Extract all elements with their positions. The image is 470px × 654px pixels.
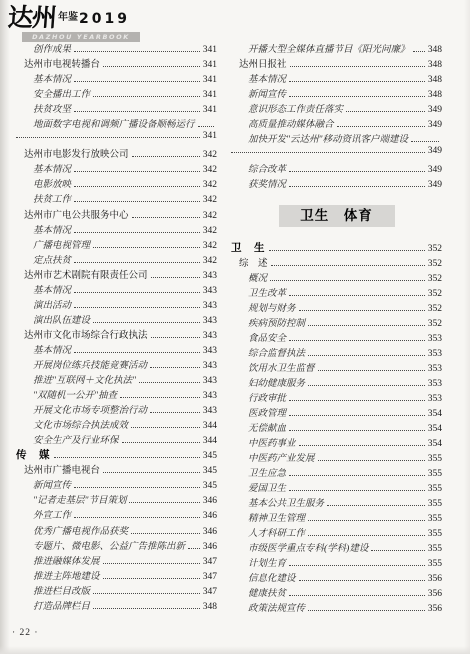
toc-entry: 概况352 <box>231 270 442 285</box>
entry-page-number: 355 <box>428 469 442 479</box>
dot-leader <box>131 427 200 428</box>
dot-leader <box>74 517 200 518</box>
entry-title: 基本情况 <box>33 222 71 236</box>
dot-leader <box>289 96 425 97</box>
toc-entry: 综合监督执法353 <box>231 345 442 360</box>
page-number: · 22 · <box>12 628 39 638</box>
entry-page-number: 355 <box>428 544 442 554</box>
dot-leader <box>346 111 425 112</box>
toc-entry: 基本情况343 <box>16 342 217 357</box>
entry-title: 基本情况 <box>33 71 71 85</box>
toc-entry: 传 媒345 <box>16 447 217 462</box>
toc-entry: 达州市文化市场综合行政执法343 <box>16 327 217 342</box>
entry-page-number: 342 <box>203 150 217 160</box>
section-divider-health-sports: 卫生 体育 <box>279 205 395 227</box>
entry-page-number: 342 <box>203 226 217 236</box>
dot-leader <box>188 548 200 549</box>
dot-leader <box>93 247 200 248</box>
entry-page-number: 355 <box>428 529 442 539</box>
toc-entry: 获奖情况349 <box>231 176 442 191</box>
toc-entry: 创作成果341 <box>16 41 217 56</box>
logo-chinese-title: 达州 <box>7 5 57 30</box>
entry-title: 打造品牌栏目 <box>33 598 90 612</box>
entry-page-number: 348 <box>428 45 442 55</box>
entry-page-number: 344 <box>203 436 217 446</box>
toc-entry: 基本情况342 <box>16 161 217 176</box>
toc-entry: 地面数字电视和调频广播设备顺畅运行 <box>16 116 217 131</box>
toc-entry: 人才科研工作355 <box>231 525 442 540</box>
entry-page-number: 342 <box>203 256 217 266</box>
entry-page-number: 354 <box>428 439 442 449</box>
entry-page-number: 355 <box>428 454 442 464</box>
entry-page-number: 347 <box>203 557 217 567</box>
toc-entry: 推进融媒体发展347 <box>16 553 217 568</box>
entry-page-number: 353 <box>428 334 442 344</box>
entry-page-number: 341 <box>203 105 217 115</box>
toc-entry: 达州市广电公共服务中心342 <box>16 207 217 222</box>
dot-leader <box>289 400 425 401</box>
dot-leader <box>299 580 425 581</box>
dot-leader <box>139 382 200 383</box>
toc-entry: 规划与财务352 <box>231 300 442 315</box>
toc-entry: 饮用水卫生监督353 <box>231 360 442 375</box>
entry-title: 加快开发"云达州"移动资讯客户端建设 <box>248 131 408 145</box>
toc-entry: 计划生育355 <box>231 555 442 570</box>
entry-title: 意识形态工作责任落实 <box>248 101 343 115</box>
entry-title: 安全生产及行业环保 <box>33 432 119 446</box>
toc-entry: 推进栏目改版347 <box>16 583 217 598</box>
toc-entry: 健康扶贫356 <box>231 585 442 600</box>
toc-entry: 新闻宣传348 <box>231 86 442 101</box>
dot-leader <box>16 137 200 138</box>
dot-leader <box>74 51 200 52</box>
entry-title: 饮用水卫生监督 <box>248 360 315 374</box>
entry-page-number: 343 <box>203 361 217 371</box>
entry-page-number: 349 <box>428 165 442 175</box>
toc-entry: 341 <box>16 131 217 146</box>
toc-entry: 达州市广播电视台345 <box>16 462 217 477</box>
entry-page-number: 348 <box>428 90 442 100</box>
dot-leader <box>93 322 200 323</box>
entry-title: "记者走基层"节目策划 <box>33 492 126 506</box>
dot-leader <box>308 520 425 521</box>
entry-page-number: 343 <box>203 346 217 356</box>
entry-page-number: 341 <box>203 131 217 141</box>
entry-title: 定点扶贫 <box>33 252 71 266</box>
dot-leader <box>371 550 424 551</box>
entry-page-number: 345 <box>203 466 217 476</box>
toc-entry: 开展岗位练兵技能竞赛活动343 <box>16 357 217 372</box>
entry-page-number: 347 <box>203 587 217 597</box>
entry-page-number: 352 <box>428 289 442 299</box>
entry-title: 疾病预防控制 <box>248 315 305 329</box>
dot-leader <box>151 337 200 338</box>
entry-page-number: 349 <box>428 105 442 115</box>
toc-entry: 定点扶贫342 <box>16 252 217 267</box>
entry-title: 传 媒 <box>16 447 51 462</box>
toc-entry: 精神卫生管理355 <box>231 510 442 525</box>
entry-page-number: 349 <box>428 146 442 156</box>
dot-leader <box>198 126 214 127</box>
entry-title: 卫生改革 <box>248 285 286 299</box>
entry-title: 开播大型全媒体直播节目《阳光问廉》 <box>248 41 410 55</box>
entry-title: 开展文化市场专项整治行动 <box>33 402 147 416</box>
toc-entry: 综合改革349 <box>231 161 442 176</box>
entry-title: 推进"互联网＋文化执法" <box>33 372 136 386</box>
entry-title: 高质量推动媒体融合 <box>248 116 334 130</box>
dot-leader <box>93 96 200 97</box>
entry-page-number: 343 <box>203 376 217 386</box>
dot-leader <box>93 608 200 609</box>
entry-page-number: 342 <box>203 195 217 205</box>
entry-page-number: 342 <box>203 165 217 175</box>
dot-leader <box>93 593 200 594</box>
scan-edge-bottom <box>0 646 470 654</box>
dot-leader <box>103 472 200 473</box>
entry-title: 获奖情况 <box>248 176 286 190</box>
entry-title: 中医药产业发展 <box>248 450 315 464</box>
dot-leader <box>74 487 200 488</box>
entry-page-number: 343 <box>203 316 217 326</box>
toc-entry: 达州日报社348 <box>231 56 442 71</box>
dot-leader <box>289 295 425 296</box>
entry-title: "双随机一公开"抽查 <box>33 387 117 401</box>
entry-page-number: 345 <box>203 451 217 461</box>
entry-title: 计划生育 <box>248 555 286 569</box>
toc-entry: "双随机一公开"抽查343 <box>16 387 217 402</box>
toc-entry: 加快开发"云达州"移动资讯客户端建设 <box>231 131 442 146</box>
toc-entry: 中医药事业354 <box>231 435 442 450</box>
toc-entry: 政策法规宣传356 <box>231 600 442 615</box>
dot-leader <box>132 217 200 218</box>
entry-page-number: 348 <box>428 75 442 85</box>
entry-title: 信息化建设 <box>248 570 296 584</box>
yearbook-logo: 达州年鉴2019 DAZHOU YEARBOOK <box>8 5 130 31</box>
entry-page-number: 341 <box>203 90 217 100</box>
entry-title: 达州市文化市场综合行政执法 <box>24 327 148 341</box>
toc-entry: 综 述352 <box>231 255 442 270</box>
dot-leader <box>289 171 425 172</box>
entry-page-number: 352 <box>428 319 442 329</box>
entry-title: 达州日报社 <box>239 56 287 70</box>
toc-entry: 达州市艺术剧院有限责任公司343 <box>16 267 217 282</box>
toc-entry: 卫生改革352 <box>231 285 442 300</box>
entry-title: 达州市广播电视台 <box>24 462 100 476</box>
toc-entry: 妇幼健康服务353 <box>231 375 442 390</box>
entry-title: 人才科研工作 <box>248 525 305 539</box>
dot-leader <box>103 66 200 67</box>
toc-entry: 文化市场综合执法成效344 <box>16 417 217 432</box>
dot-leader <box>269 250 425 251</box>
entry-title: 行政审批 <box>248 390 286 404</box>
dot-leader <box>120 397 200 398</box>
entry-title: 文化市场综合执法成效 <box>33 417 128 431</box>
entry-title: 综合改革 <box>248 161 286 175</box>
dot-leader <box>318 370 425 371</box>
dot-leader <box>289 186 425 187</box>
entry-page-number: 341 <box>203 75 217 85</box>
dot-leader <box>289 595 425 596</box>
entry-page-number: 356 <box>428 589 442 599</box>
toc-entry: 推进主阵地建设347 <box>16 568 217 583</box>
entry-page-number: 342 <box>203 180 217 190</box>
toc-entry: 专题片、微电影、公益广告推陈出新346 <box>16 538 217 553</box>
entry-page-number: 355 <box>428 484 442 494</box>
entry-page-number: 352 <box>428 304 442 314</box>
entry-title: 基本情况 <box>33 342 71 356</box>
toc-entry: 基本公共卫生服务355 <box>231 495 442 510</box>
entry-page-number: 343 <box>203 391 217 401</box>
entry-title: 推进主阵地建设 <box>33 568 100 582</box>
entry-page-number: 343 <box>203 301 217 311</box>
dot-leader <box>74 111 200 112</box>
logo-suffix: 年鉴 <box>58 12 78 23</box>
dot-leader <box>289 475 425 476</box>
entry-page-number: 355 <box>428 514 442 524</box>
scan-edge-right <box>464 0 470 654</box>
toc-entry: "记者走基层"节目策划346 <box>16 492 217 507</box>
entry-title: 专题片、微电影、公益广告推陈出新 <box>33 538 185 552</box>
dot-leader <box>299 445 425 446</box>
toc-entry: 基本情况348 <box>231 71 442 86</box>
dot-leader <box>122 442 200 443</box>
toc-entry: 开播大型全媒体直播节目《阳光问廉》348 <box>231 41 442 56</box>
entry-page-number: 356 <box>428 574 442 584</box>
toc-entry: 达州市电影发行放映公司342 <box>16 146 217 161</box>
entry-title: 达州市电影发行放映公司 <box>24 146 129 160</box>
entry-title: 卫 生 <box>231 240 266 255</box>
entry-page-number: 346 <box>203 496 217 506</box>
dot-leader <box>318 460 425 461</box>
dot-leader <box>151 277 200 278</box>
dot-leader <box>308 535 425 536</box>
entry-title: 扶贫工作 <box>33 191 71 205</box>
entry-page-number: 343 <box>203 286 217 296</box>
toc-entry: 安全生产及行业环保344 <box>16 432 217 447</box>
dot-leader <box>299 310 425 311</box>
entry-title: 达州市电视转播台 <box>24 56 100 70</box>
entry-title: 开展岗位练兵技能竞赛活动 <box>33 357 147 371</box>
entry-page-number: 349 <box>428 120 442 130</box>
entry-page-number: 346 <box>203 527 217 537</box>
entry-title: 优秀广播电视作品获奖 <box>33 523 128 537</box>
entry-page-number: 354 <box>428 424 442 434</box>
entry-title: 基本情况 <box>33 282 71 296</box>
entry-title: 医政管理 <box>248 405 286 419</box>
entry-title: 政策法规宣传 <box>248 600 305 614</box>
dot-leader <box>289 340 425 341</box>
dot-leader <box>289 415 425 416</box>
dot-leader <box>54 457 200 458</box>
toc-entry: 信息化建设356 <box>231 570 442 585</box>
entry-title: 基本公共卫生服务 <box>248 495 324 509</box>
entry-title: 达州市广电公共服务中心 <box>24 207 129 221</box>
entry-title: 地面数字电视和调频广播设备顺畅运行 <box>33 116 195 130</box>
entry-title: 健康扶贫 <box>248 585 286 599</box>
entry-title: 精神卫生管理 <box>248 510 305 524</box>
dot-leader <box>231 152 425 153</box>
dot-leader <box>129 502 199 503</box>
dot-leader <box>74 81 200 82</box>
entry-page-number: 352 <box>428 274 442 284</box>
dot-leader <box>308 385 425 386</box>
entry-page-number: 341 <box>203 45 217 55</box>
toc-entry: 扶贫工作342 <box>16 191 217 206</box>
entry-page-number: 352 <box>428 244 442 254</box>
entry-page-number: 346 <box>203 542 217 552</box>
entry-title: 概况 <box>248 270 267 284</box>
entry-title: 新闻宣传 <box>33 477 71 491</box>
entry-title: 卫生应急 <box>248 465 286 479</box>
entry-title: 达州市艺术剧院有限责任公司 <box>24 267 148 281</box>
toc-entry: 中医药产业发展355 <box>231 450 442 465</box>
entry-title: 推进栏目改版 <box>33 583 90 597</box>
toc-entry: 广播电视管理342 <box>16 237 217 252</box>
dot-leader <box>290 66 425 67</box>
toc-entry: 安全播出工作341 <box>16 86 217 101</box>
entry-page-number: 354 <box>428 409 442 419</box>
dot-leader <box>74 232 200 233</box>
entry-page-number: 355 <box>428 499 442 509</box>
entry-page-number: 343 <box>203 406 217 416</box>
entry-page-number: 345 <box>203 481 217 491</box>
toc-entry: 打造品牌栏目348 <box>16 598 217 613</box>
entry-title: 市级医学重点专科(学科)建设 <box>248 540 368 554</box>
entry-page-number: 342 <box>203 241 217 251</box>
toc-entry: 疾病预防控制352 <box>231 315 442 330</box>
entry-title: 基本情况 <box>248 71 286 85</box>
entry-page-number: 348 <box>428 60 442 70</box>
toc-entry: 市级医学重点专科(学科)建设355 <box>231 540 442 555</box>
dot-leader <box>150 412 200 413</box>
entry-page-number: 348 <box>203 602 217 612</box>
entry-page-number: 352 <box>428 259 442 269</box>
logo-year: 2019 <box>79 11 130 27</box>
dot-leader <box>74 262 200 263</box>
dot-leader <box>289 490 425 491</box>
entry-page-number: 343 <box>203 331 217 341</box>
entry-title: 爱国卫生 <box>248 480 286 494</box>
dot-leader <box>103 578 200 579</box>
toc-entry: 卫生应急355 <box>231 465 442 480</box>
dot-leader <box>289 565 425 566</box>
toc-entry: 电影放映342 <box>16 176 217 191</box>
toc-entry: 开展文化市场专项整治行动343 <box>16 402 217 417</box>
entry-title: 食品安全 <box>248 330 286 344</box>
entry-title: 综合监督执法 <box>248 345 305 359</box>
toc-entry: 外宣工作346 <box>16 507 217 522</box>
toc-entry: 达州市电视转播台341 <box>16 56 217 71</box>
entry-title: 妇幼健康服务 <box>248 375 305 389</box>
entry-title: 扶贫攻坚 <box>33 101 71 115</box>
entry-page-number: 343 <box>203 271 217 281</box>
toc-column-right: 开播大型全媒体直播节目《阳光问廉》348达州日报社348基本情况348新闻宣传3… <box>231 41 442 615</box>
toc-entry: 卫 生352 <box>231 240 442 255</box>
dot-leader <box>74 201 200 202</box>
entry-page-number: 356 <box>428 604 442 614</box>
dot-leader <box>74 307 200 308</box>
dot-leader <box>74 186 200 187</box>
toc-entry: 推进"互联网＋文化执法"343 <box>16 372 217 387</box>
entry-title: 创作成果 <box>33 41 71 55</box>
dot-leader <box>74 292 200 293</box>
scan-edge-left <box>0 0 10 654</box>
toc-entry: 行政审批353 <box>231 390 442 405</box>
toc-entry: 扶贫攻坚341 <box>16 101 217 116</box>
entry-page-number: 353 <box>428 364 442 374</box>
toc-entry: 演出队伍建设343 <box>16 312 217 327</box>
dot-leader <box>308 355 425 356</box>
entry-title: 中医药事业 <box>248 435 296 449</box>
toc-entry: 医政管理354 <box>231 405 442 420</box>
dot-leader <box>289 430 425 431</box>
toc-entry: 优秀广播电视作品获奖346 <box>16 523 217 538</box>
dot-leader <box>308 610 425 611</box>
dot-leader <box>271 265 425 266</box>
entry-page-number: 344 <box>203 421 217 431</box>
toc-entry: 演出活动343 <box>16 297 217 312</box>
dot-leader <box>74 352 200 353</box>
dot-leader <box>74 171 200 172</box>
dot-leader <box>413 51 425 52</box>
dot-leader <box>289 81 425 82</box>
toc-entry: 349 <box>231 146 442 161</box>
toc-entry: 爱国卫生355 <box>231 480 442 495</box>
toc-entry: 基本情况342 <box>16 222 217 237</box>
toc-entry: 基本情况341 <box>16 71 217 86</box>
entry-title: 综 述 <box>239 255 268 269</box>
dot-leader <box>131 533 200 534</box>
toc-entry: 高质量推动媒体融合349 <box>231 116 442 131</box>
toc-entry: 新闻宣传345 <box>16 477 217 492</box>
dot-leader <box>337 126 425 127</box>
entry-title: 安全播出工作 <box>33 86 90 100</box>
entry-page-number: 353 <box>428 394 442 404</box>
dot-leader <box>132 156 200 157</box>
dot-leader <box>411 141 439 142</box>
toc-right-top-list: 开播大型全媒体直播节目《阳光问廉》348达州日报社348基本情况348新闻宣传3… <box>231 41 442 191</box>
entry-page-number: 346 <box>203 511 217 521</box>
toc-column-left: 创作成果341达州市电视转播台341基本情况341安全播出工作341扶贫攻坚34… <box>16 41 217 613</box>
dot-leader <box>270 280 425 281</box>
toc-entry: 无偿献血354 <box>231 420 442 435</box>
entry-title: 演出活动 <box>33 297 71 311</box>
dot-leader <box>308 325 425 326</box>
dot-leader <box>103 563 200 564</box>
entry-page-number: 342 <box>203 211 217 221</box>
entry-title: 广播电视管理 <box>33 237 90 251</box>
entry-page-number: 349 <box>428 180 442 190</box>
entry-page-number: 341 <box>203 60 217 70</box>
entry-page-number: 355 <box>428 559 442 569</box>
dot-leader <box>327 505 425 506</box>
entry-page-number: 353 <box>428 349 442 359</box>
toc-entry: 意识形态工作责任落实349 <box>231 101 442 116</box>
entry-title: 无偿献血 <box>248 420 286 434</box>
entry-title: 演出队伍建设 <box>33 312 90 326</box>
dot-leader <box>150 367 200 368</box>
entry-title: 新闻宣传 <box>248 86 286 100</box>
entry-page-number: 353 <box>428 379 442 389</box>
entry-title: 电影放映 <box>33 176 71 190</box>
toc-entry: 基本情况343 <box>16 282 217 297</box>
toc-right-bottom-list: 卫 生352综 述352概况352卫生改革352规划与财务352疾病预防控制35… <box>231 240 442 615</box>
entry-title: 基本情况 <box>33 161 71 175</box>
entry-title: 外宣工作 <box>33 507 71 521</box>
entry-title: 规划与财务 <box>248 300 296 314</box>
toc-entry: 食品安全353 <box>231 330 442 345</box>
entry-page-number: 347 <box>203 572 217 582</box>
